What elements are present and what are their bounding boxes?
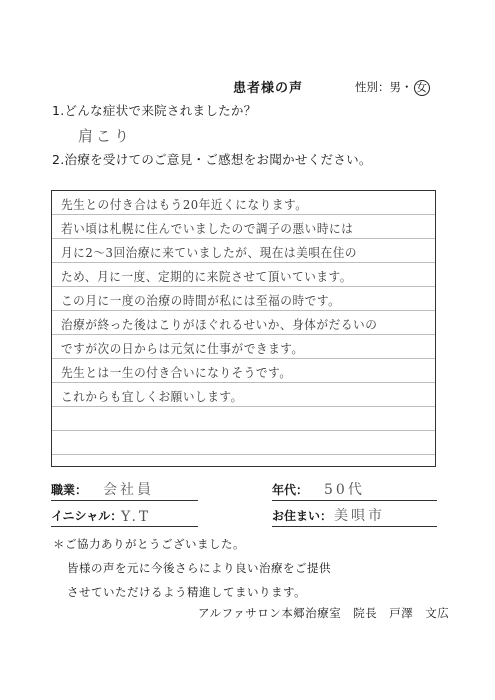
occupation-field: 職業： 会社員: [51, 481, 198, 501]
gender-female-circled: 女: [414, 80, 430, 96]
comment-line: 治療が終った後はこりがほぐれるせいか、身体がだるいの: [61, 315, 377, 333]
ruled-line: [52, 454, 435, 455]
ruled-line: [52, 262, 435, 263]
comment-line: この月に一度の治療の時間が私には至福の時です。: [61, 291, 340, 309]
gender-separator: ・: [401, 80, 413, 94]
ruled-line: [52, 358, 435, 359]
ruled-line: [52, 382, 435, 383]
initials-field: イニシャル： Y.T: [51, 507, 198, 527]
comment-line: 先生とは一生の付き合いになりそうです。: [61, 363, 292, 381]
page-title: 患者様の声: [233, 77, 303, 96]
residence-field: お住まい： 美唄市: [272, 507, 437, 527]
ruled-line: [52, 286, 435, 287]
age-field: 年代： 50代: [272, 481, 437, 501]
footer-message-line-1: 皆様の声を元に今後さらにより良い治療をご提供: [67, 560, 331, 576]
comment-line: ため、月に一度、定期的に来院させて頂いています。: [61, 267, 352, 285]
age-label: 年代：: [272, 481, 308, 498]
footer-message-line-2: させていただけるよう精進してまいります。: [67, 584, 306, 600]
gender-male: 男: [390, 80, 402, 94]
comment-line: 若い頃は札幌に住んでいましたので調子の悪い時には: [61, 219, 353, 237]
thanks-note: ＊ご協力ありがとうございました。: [53, 536, 245, 552]
ruled-line: [52, 214, 435, 215]
ruled-line: [52, 406, 435, 407]
comment-box: 先生との付き合はもう20年近くになります。 若い頃は札幌に住んでいましたので調子…: [51, 190, 436, 467]
comment-line: ですが次の日からは元気に仕事ができます。: [61, 339, 304, 357]
gender-selection: 性別：男・女: [355, 79, 430, 96]
residence-label: お住まい：: [272, 507, 332, 524]
ruled-line: [52, 430, 435, 431]
comment-line: これからも宜しくお願いします。: [61, 387, 243, 405]
comment-line: 月に2〜3回治療に来ていましたが、現在は美唄在住の: [61, 243, 357, 261]
question-2: 2.治療を受けてのご意見・ご感想をお聞かせください。: [52, 150, 372, 168]
ruled-line: [52, 310, 435, 311]
age-value: 50代: [324, 479, 365, 499]
initials-value: Y.T: [121, 509, 151, 525]
gender-label: 性別：: [355, 80, 390, 94]
ruled-line: [52, 238, 435, 239]
occupation-label: 職業：: [51, 481, 87, 498]
question-1: 1.どんな症状で来院されましたか？: [52, 101, 257, 119]
occupation-value: 会社員: [103, 479, 154, 499]
clinic-signature: アルファサロン本郷治療室 院長 戸澤 文広: [198, 605, 449, 621]
answer-1-handwritten: 肩こり: [78, 125, 132, 146]
ruled-line: [52, 334, 435, 335]
comment-line: 先生との付き合はもう20年近くになります。: [61, 195, 307, 213]
residence-value: 美唄市: [334, 505, 385, 525]
initials-label: イニシャル：: [51, 507, 122, 524]
